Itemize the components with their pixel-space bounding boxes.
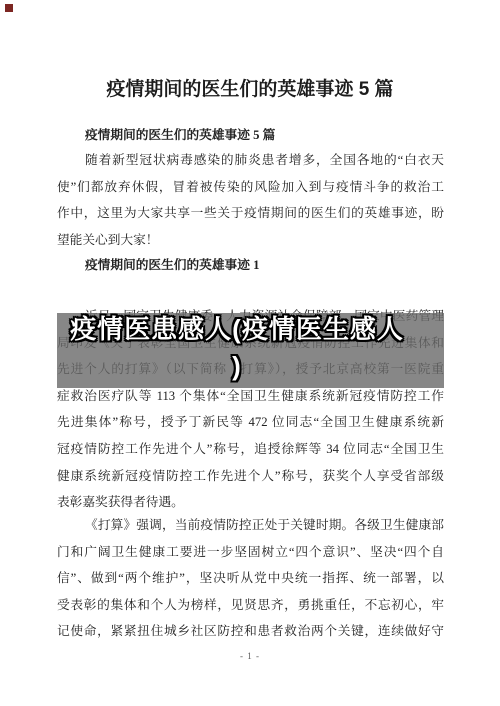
subtitle: 疫情期间的医生们的英雄事迹 5 篇 bbox=[57, 122, 444, 149]
body-line: 冠疫情防控工作先进个人”称号，追授徐辉等 34 位同志“全国卫生 bbox=[57, 436, 444, 463]
body-line: 《打算》强调，当前疫情防控正处于关键时期。各级卫生健康部 bbox=[57, 512, 444, 539]
body-line: 信”、做到“两个维护”，坚决听从党中央统一指挥、统一部署，以 bbox=[57, 565, 444, 592]
section-heading: 疫情期间的医生们的英雄事迹 1 bbox=[57, 252, 444, 279]
body-line: 随着新型冠状病毒感染的肺炎患者增多，全国各地的“白衣天 bbox=[57, 147, 444, 174]
paragraph-intro: 随着新型冠状病毒感染的肺炎患者增多，全国各地的“白衣天 使”们都放弃休假，冒着被… bbox=[57, 147, 444, 253]
body-line: 受表彰的集体和个人为榜样，见贤思齐，勇挑重任，不忘初心，牢 bbox=[57, 592, 444, 619]
watermark-text-line2: ) bbox=[0, 348, 474, 385]
document-page: 疫情期间的医生们的英雄事迹 5 篇 疫情期间的医生们的英雄事迹 5 篇 随着新型… bbox=[0, 0, 500, 706]
body-line: 望能关心到大家！ bbox=[57, 227, 444, 254]
body-line: 先进集体”称号，授予丁新民等 472 位同志“全国卫生健康系统新 bbox=[57, 409, 444, 436]
body-line: 门和广阔卫生健康工要进一步坚固树立“四个意识”、坚决“四个自 bbox=[57, 539, 444, 566]
watermark-text-line1: 疫情医患感人(疫情医生感人 bbox=[0, 311, 474, 348]
body-line: 作中，这里为大家共享一些关于疫情期间的医生们的英雄事迹，盼 bbox=[57, 200, 444, 227]
watermark-overlay: 疫情医患感人(疫情医生感人 ) bbox=[0, 311, 474, 384]
paragraph-emphasis: 《打算》强调，当前疫情防控正处于关键时期。各级卫生健康部 门和广阔卫生健康工要进… bbox=[57, 512, 444, 645]
corner-mark bbox=[5, 4, 13, 12]
page-title: 疫情期间的医生们的英雄事迹 5 篇 bbox=[0, 74, 500, 101]
page-number: - 1 - bbox=[0, 651, 500, 661]
body-line: 记使命，紧紧扭住城乡社区防控和患者救治两个关键，连续做好守 bbox=[57, 618, 444, 645]
body-line: 健康系统新冠疫情防控工作先进个人”称号，获奖个人享受省部级 bbox=[57, 463, 444, 490]
body-line: 使”们都放弃休假，冒着被传染的风险加入到与疫情斗争的救治工 bbox=[57, 174, 444, 201]
